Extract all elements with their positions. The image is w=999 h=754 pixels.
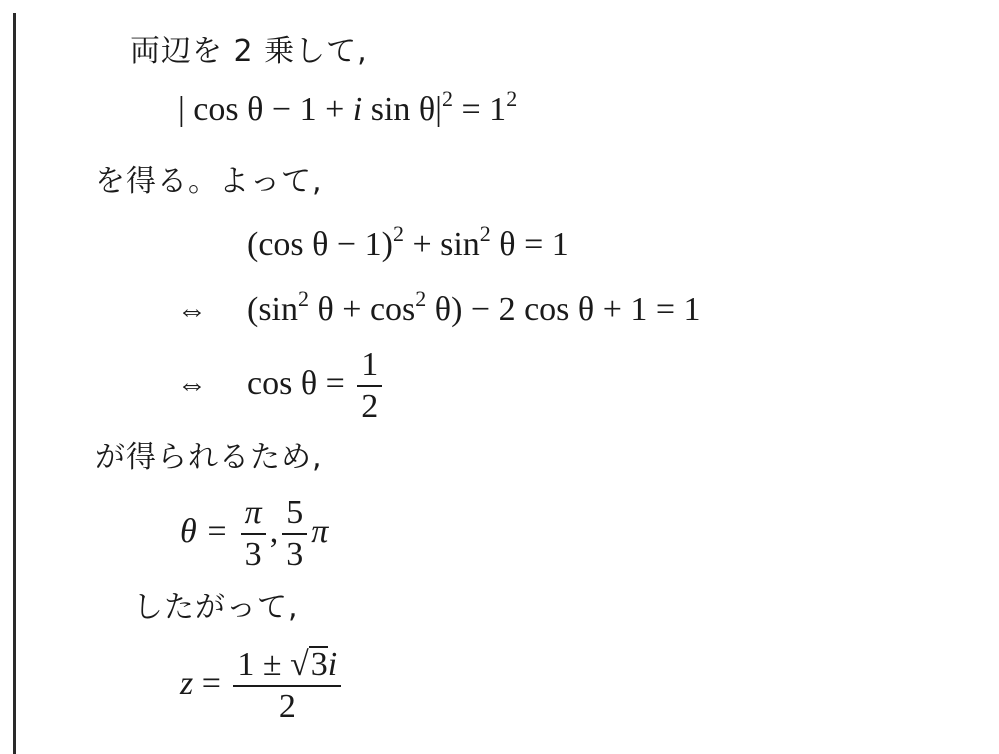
text-line-hence: したがって, — [133, 590, 299, 626]
eq-part: | cos θ − 1 + — [178, 91, 353, 128]
eq-part: θ + cos — [309, 291, 415, 328]
imaginary-unit: i — [328, 646, 337, 683]
pi-symbol: π — [311, 513, 328, 550]
fraction-pi-over-3: π3 — [241, 493, 266, 575]
iff-symbol: ⇔ — [177, 367, 247, 403]
fraction-five-thirds: 53 — [282, 493, 307, 575]
eq-part: θ = 1 — [491, 226, 569, 263]
numerator: π — [241, 493, 266, 533]
eq-part: cos θ = — [247, 365, 353, 402]
sqrt-icon: √ — [290, 646, 309, 683]
eq-part: (sin — [247, 291, 298, 328]
eq-part: + sin — [404, 226, 480, 263]
numerator: 1 ± √3i — [233, 645, 341, 685]
text-line-therefore: を得る。よって, — [95, 164, 323, 200]
equation-expanded: (cos θ − 1)2 + sin2 θ = 1 — [247, 227, 569, 263]
imaginary-unit: i — [353, 91, 362, 128]
exponent: 2 — [298, 286, 309, 311]
sqrt-argument: 3 — [309, 646, 328, 682]
eq-part: = 1 — [453, 91, 506, 128]
numerator: 1 — [357, 345, 382, 385]
fraction-one-half: 12 — [357, 345, 382, 427]
eq-part: θ) − 2 cos θ + 1 = 1 — [426, 291, 700, 328]
left-margin-rule — [13, 13, 16, 754]
equation-identity: ⇔(sin2 θ + cos2 θ) − 2 cos θ + 1 = 1 — [177, 292, 701, 329]
denominator: 2 — [275, 687, 300, 727]
numerator: 5 — [282, 493, 307, 533]
fraction-z: 1 ± √3i2 — [233, 645, 341, 727]
denominator: 3 — [241, 535, 266, 575]
eq-part: sin θ| — [362, 91, 442, 128]
eq-part: = — [193, 665, 229, 702]
denominator: 3 — [282, 535, 307, 575]
iff-symbol: ⇔ — [177, 293, 247, 329]
exponent: 2 — [506, 86, 517, 111]
variable-z: z — [180, 665, 193, 702]
exponent: 2 — [442, 86, 453, 111]
equation-z-solution: z = 1 ± √3i2 — [180, 645, 345, 727]
equation-theta-values: θ = π3,53π — [180, 493, 328, 575]
equation-modulus-squared: | cos θ − 1 + i sin θ|2 = 12 — [178, 92, 517, 128]
text-line-obtained: が得られるため, — [95, 440, 323, 476]
exponent: 2 — [393, 221, 404, 246]
comma: , — [270, 513, 279, 550]
text-line-square-both-sides: 両辺を 2 乗して, — [130, 34, 368, 70]
exponent: 2 — [415, 286, 426, 311]
eq-part: (cos θ − 1) — [247, 226, 393, 263]
eq-part: 1 ± — [237, 646, 290, 683]
eq-part: θ = — [180, 513, 237, 550]
denominator: 2 — [357, 387, 382, 427]
exponent: 2 — [480, 221, 491, 246]
equation-cos-half: ⇔cos θ = 12 — [177, 345, 386, 427]
